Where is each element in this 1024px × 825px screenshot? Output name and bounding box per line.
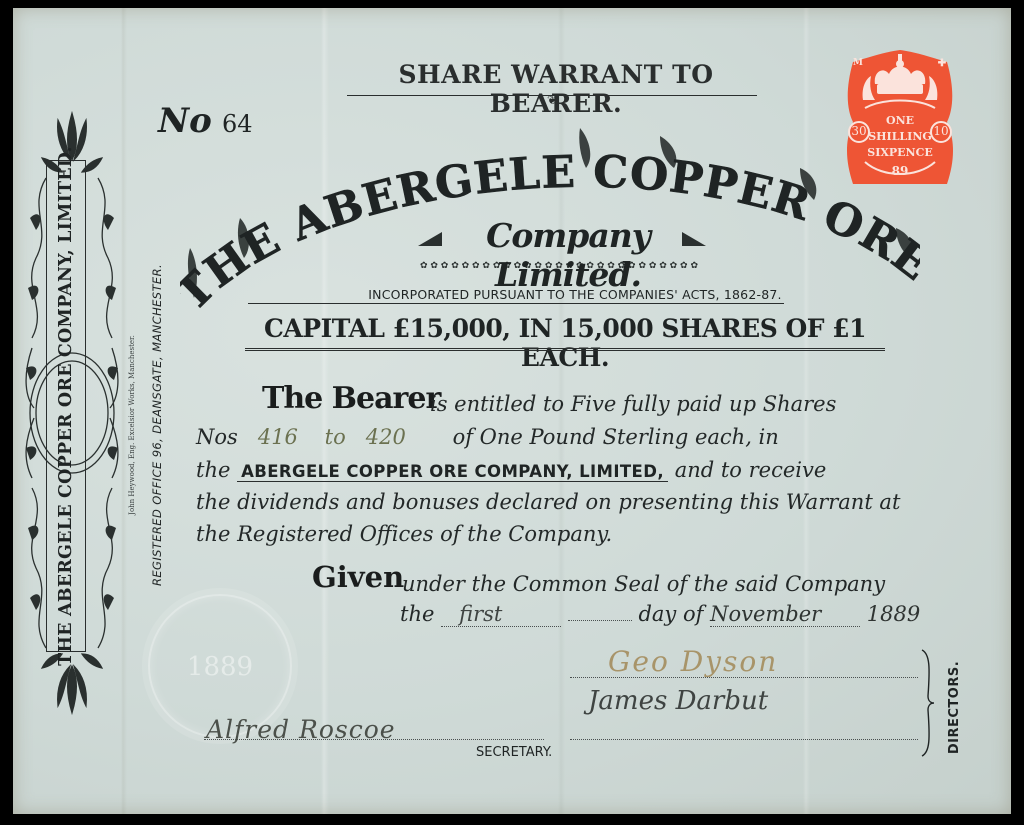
given-heading: Given: [312, 560, 404, 594]
document-heading: SHARE WARRANT TO BEARER.: [333, 60, 779, 118]
directors-brace: [920, 648, 936, 758]
registered-office: REGISTERED OFFICE 96, DEANSGATE, MANCHES…: [148, 260, 166, 590]
company-subtitle: Company Limited.: [430, 216, 706, 294]
director-signature-line-2: [570, 739, 918, 740]
issue-year: 1889: [867, 602, 920, 626]
capital-statement: CAPITAL £15,000, IN 15,000 SHARES OF £1 …: [245, 314, 885, 372]
capital-rule: [245, 348, 885, 351]
side-company-title: THE ABERGELE COPPER ORE COMPANY, LIMITED…: [56, 146, 76, 666]
engraver-imprint: John Heywood, Eng. Excelsior Works, Manc…: [125, 300, 139, 550]
issue-month: November: [710, 602, 821, 626]
body-line-2-rest: of One Pound Sterling each, in: [453, 425, 779, 449]
body-line-3: the ABERGELE COPPER ORE COMPANY, LIMITED…: [196, 458, 956, 482]
bearer-heading: The Bearer: [262, 381, 440, 416]
director-signature-1: Geo Dyson: [608, 645, 778, 678]
incorporation-statement: INCORPORATED PURSUANT TO THE COMPANIES' …: [360, 287, 790, 302]
body-line-5: the Registered Offices of the Company.: [196, 522, 956, 546]
share-number-to: 420: [366, 425, 406, 449]
body-line-1: is entitled to Five fully paid up Shares: [430, 392, 836, 416]
director-signature-2: James Darbut: [588, 686, 768, 716]
numbers-label: Nos: [196, 425, 238, 449]
directors-label-box: DIRECTORS.: [936, 670, 956, 750]
heading-rule-ornament-icon: ❦: [547, 93, 557, 107]
body-line-4: the dividends and bonuses declared on pr…: [196, 490, 956, 514]
to-word: to: [325, 425, 346, 449]
directors-label: DIRECTORS.: [947, 661, 962, 754]
secretary-label: SECRETARY.: [476, 745, 552, 760]
share-number-from: 416: [258, 425, 298, 449]
incorporation-rule: [248, 303, 784, 304]
company-name: ABERGELE COPPER ORE COMPANY, LIMITED,: [237, 462, 668, 482]
secretary-signature: Alfred Roscoe: [206, 715, 396, 744]
side-company-title-box: THE ABERGELE COPPER ORE COMPANY, LIMITED…: [46, 160, 86, 652]
body-line-2: Nos 416 to 420 of One Pound Sterling eac…: [196, 425, 936, 449]
given-date-line: the first day of November 1889: [400, 602, 948, 627]
issue-day: first: [459, 602, 502, 626]
given-line-1: under the Common Seal of the said Compan…: [402, 572, 885, 596]
